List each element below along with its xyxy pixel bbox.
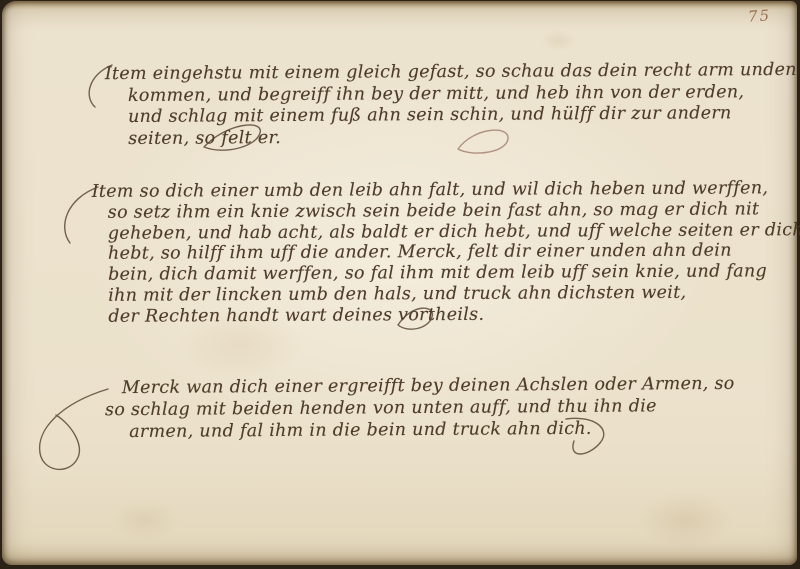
paragraph-3: Merck wan dich einer ergreifft bey deine…: [105, 374, 735, 444]
folio-number: 75: [747, 8, 771, 25]
paragraph-2: Item so dich einer umb den leib ahn falt…: [92, 178, 800, 327]
paragraph-1: Item eingehstu mit einem gleich gefast, …: [105, 60, 798, 150]
manuscript-page: 75 Item eingehstu mit einem gleich gefas…: [2, 1, 797, 565]
text-line: armen, und fal ihm in die bein und truck…: [129, 418, 735, 444]
manuscript-photo: 75 Item eingehstu mit einem gleich gefas…: [0, 0, 800, 569]
text-line: der Rechten handt wart deines vortheils.: [108, 303, 800, 327]
text-line: seiten, so felt er.: [128, 124, 797, 150]
